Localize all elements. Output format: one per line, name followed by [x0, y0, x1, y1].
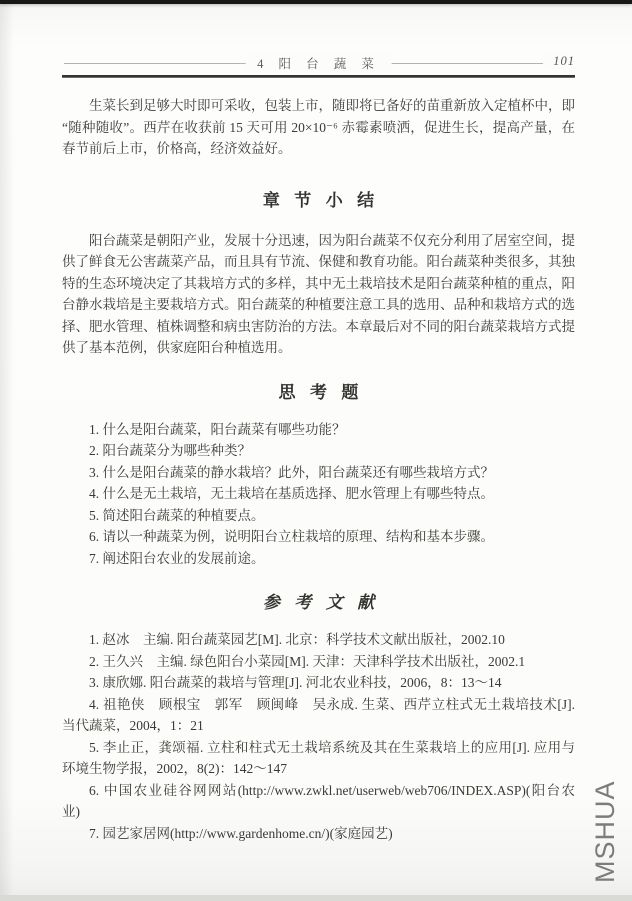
scan-edge-bottom [0, 895, 632, 901]
review-questions-list: 1. 什么是阳台蔬菜，阳台蔬菜有哪些功能？2. 阳台蔬菜分为哪些种类？3. 什么… [62, 419, 575, 570]
question-item: 6. 请以一种蔬菜为例，说明阳台立柱栽培的原理、结构和基本步骤。 [62, 526, 575, 548]
scanned-book-page: 4 阳 台 蔬 菜 101 生菜长到足够大时即可采收，包装上市，随即将已备好的苗… [0, 0, 632, 901]
reference-item: 5. 李止正，龚颂福. 立柱和柱式无土栽培系统及其在生菜栽培上的应用[J]. 应… [62, 737, 575, 780]
page-content: 生菜长到足够大时即可采收，包装上市，随即将已备好的苗重新放入定植杯中，即“随种随… [62, 95, 575, 844]
references-heading: 参考文献 [62, 588, 575, 613]
review-questions-heading: 思考题 [62, 378, 575, 403]
header-double-rule [62, 75, 575, 78]
question-item: 5. 简述阳台蔬菜的种植要点。 [62, 505, 575, 527]
running-head-title: 4 阳 台 蔬 菜 [245, 54, 392, 72]
reference-item: 7. 园艺家居网(http://www.gardenhome.cn/)(家庭园艺… [62, 823, 575, 845]
intro-paragraph: 生菜长到足够大时即可采收，包装上市，随即将已备好的苗重新放入定植杯中，即“随种随… [62, 95, 575, 160]
page-number: 101 [543, 54, 575, 69]
chapter-summary-heading: 章节小结 [62, 186, 575, 211]
references-list: 1. 赵冰 主编. 阳台蔬菜园艺[M]. 北京：科学技术文献出版社，2002.1… [62, 629, 575, 844]
reference-item: 1. 赵冰 主编. 阳台蔬菜园艺[M]. 北京：科学技术文献出版社，2002.1… [62, 629, 575, 651]
reference-item: 2. 王久兴 主编. 绿色阳台小菜园[M]. 天津：天津科学技术出版社，2002… [62, 651, 575, 673]
running-head: 4 阳 台 蔬 菜 101 [62, 54, 575, 70]
reference-item: 6. 中国农业硅谷网网站(http://www.zwkl.net/userweb… [62, 780, 575, 823]
question-item: 3. 什么是阳台蔬菜的静水栽培？此外，阳台蔬菜还有哪些栽培方式？ [62, 462, 575, 484]
reference-item: 4. 祖艳侠 顾根宝 郭军 顾闽峰 吴永成. 生菜、西芹立柱式无土栽培技术[J]… [62, 694, 575, 737]
watermark-text: MSHUA [590, 787, 622, 883]
scan-edge-top [0, 0, 632, 4]
question-item: 7. 阐述阳台农业的发展前途。 [62, 548, 575, 570]
question-item: 4. 什么是无土栽培，无土栽培在基质选择、肥水管理上有哪些特点。 [62, 483, 575, 505]
reference-item: 3. 康欣娜. 阳台蔬菜的栽培与管理[J]. 河北农业科技，2006，8：13～… [62, 672, 575, 694]
question-item: 2. 阳台蔬菜分为哪些种类？ [62, 440, 575, 462]
question-item: 1. 什么是阳台蔬菜，阳台蔬菜有哪些功能？ [62, 419, 575, 441]
chapter-summary-paragraph: 阳台蔬菜是朝阳产业，发展十分迅速，因为阳台蔬菜不仅充分利用了居室空间，提供了鲜食… [62, 230, 575, 359]
